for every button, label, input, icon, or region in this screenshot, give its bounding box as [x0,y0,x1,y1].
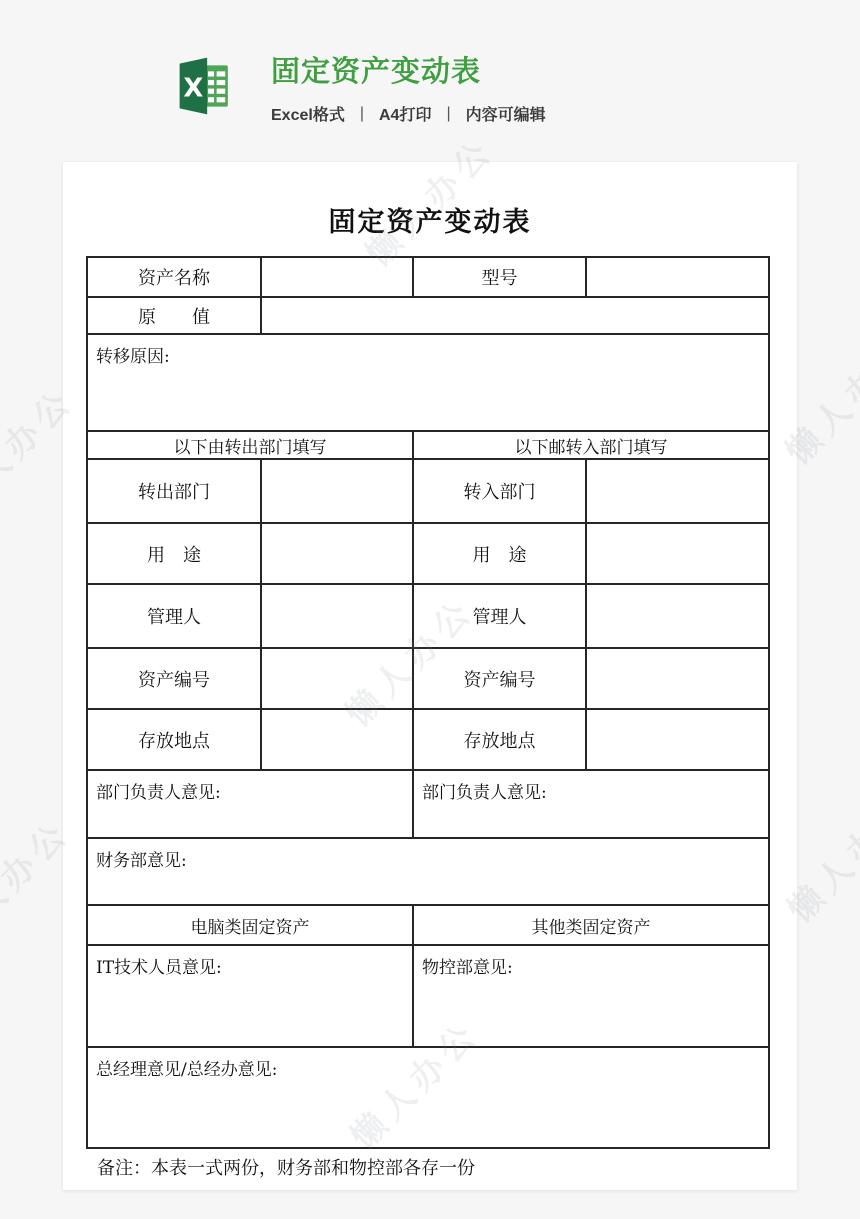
table-row: 部门负责人意见: 部门负责人意见: [87,770,769,838]
table-row: 用 途 用 途 [87,523,769,584]
other-category-header-cell: 其他类固定资产 [413,905,769,945]
section-header-in: 以下邮转入部门填写 [413,431,769,459]
table-row: 财务部意见: [87,838,769,905]
in-dept-value-cell [586,459,769,523]
in-manager-label-cell: 管理人 [413,584,586,648]
meta-separator: | [360,105,364,123]
format-meta: Excel格式 | A4打印 | 内容可编辑 [271,102,546,125]
in-location-label-cell: 存放地点 [413,709,586,770]
out-location-label-cell: 存放地点 [87,709,261,770]
section-header-out: 以下由转出部门填写 [87,431,413,459]
product-header: X 固定资产变动表 Excel格式 | A4打印 | 内容可编辑 [171,55,546,125]
out-dept-label-cell: 转出部门 [87,459,261,523]
material-control-opinion-cell: 物控部意见: [413,945,769,1047]
document-page: 固定资产变动表 资产名称 型号 原 值 转移原因: 以下由转出部门填写 以下邮转… [63,162,797,1190]
table-row: IT技术人员意见: 物控部意见: [87,945,769,1047]
original-value-value-cell [261,297,769,334]
in-usage-label-cell: 用 途 [413,523,586,584]
model-label-cell: 型号 [413,257,586,297]
table-row: 转出部门 转入部门 [87,459,769,523]
in-asset-no-value-cell [586,648,769,709]
transfer-reason-cell: 转移原因: [87,334,769,431]
page-title: 固定资产变动表 [271,55,546,89]
svg-text:X: X [183,73,203,103]
table-row: 存放地点 存放地点 [87,709,769,770]
remark-note: 备注：本表一式两份，财务部和物控部各存一份 [97,1154,475,1180]
out-asset-no-label-cell: 资产编号 [87,648,261,709]
table-row: 资产编号 资产编号 [87,648,769,709]
original-value-label-cell: 原 值 [87,297,261,334]
table-row: 以下由转出部门填写 以下邮转入部门填写 [87,431,769,459]
dept-head-opinion-in-cell: 部门负责人意见: [413,770,769,838]
asset-name-label-cell: 资产名称 [87,257,261,297]
meta-format: Excel格式 [271,102,345,125]
gm-opinion-cell: 总经理意见/总经办意见: [87,1047,769,1148]
meta-print: A4打印 [379,102,431,125]
out-location-value-cell [261,709,413,770]
table-row: 管理人 管理人 [87,584,769,648]
in-location-value-cell [586,709,769,770]
in-usage-value-cell [586,523,769,584]
dept-head-opinion-out-cell: 部门负责人意见: [87,770,413,838]
in-asset-no-label-cell: 资产编号 [413,648,586,709]
in-manager-value-cell [586,584,769,648]
table-row: 资产名称 型号 [87,257,769,297]
asset-change-table: 资产名称 型号 原 值 转移原因: 以下由转出部门填写 以下邮转入部门填写 转出… [86,256,770,1149]
meta-editable: 内容可编辑 [466,102,546,125]
meta-separator: | [446,105,450,123]
table-row: 总经理意见/总经办意见: [87,1047,769,1148]
table-row: 原 值 [87,297,769,334]
out-asset-no-value-cell [261,648,413,709]
in-dept-label-cell: 转入部门 [413,459,586,523]
doc-title: 固定资产变动表 [63,200,797,239]
computer-category-header-cell: 电脑类固定资产 [87,905,413,945]
table-row: 转移原因: [87,334,769,431]
out-usage-value-cell [261,523,413,584]
out-manager-label-cell: 管理人 [87,584,261,648]
table-row: 电脑类固定资产 其他类固定资产 [87,905,769,945]
out-dept-value-cell [261,459,413,523]
excel-icon: X [171,55,233,117]
it-opinion-cell: IT技术人员意见: [87,945,413,1047]
out-usage-label-cell: 用 途 [87,523,261,584]
out-manager-value-cell [261,584,413,648]
asset-name-value-cell [261,257,413,297]
finance-opinion-cell: 财务部意见: [87,838,769,905]
model-value-cell [586,257,769,297]
